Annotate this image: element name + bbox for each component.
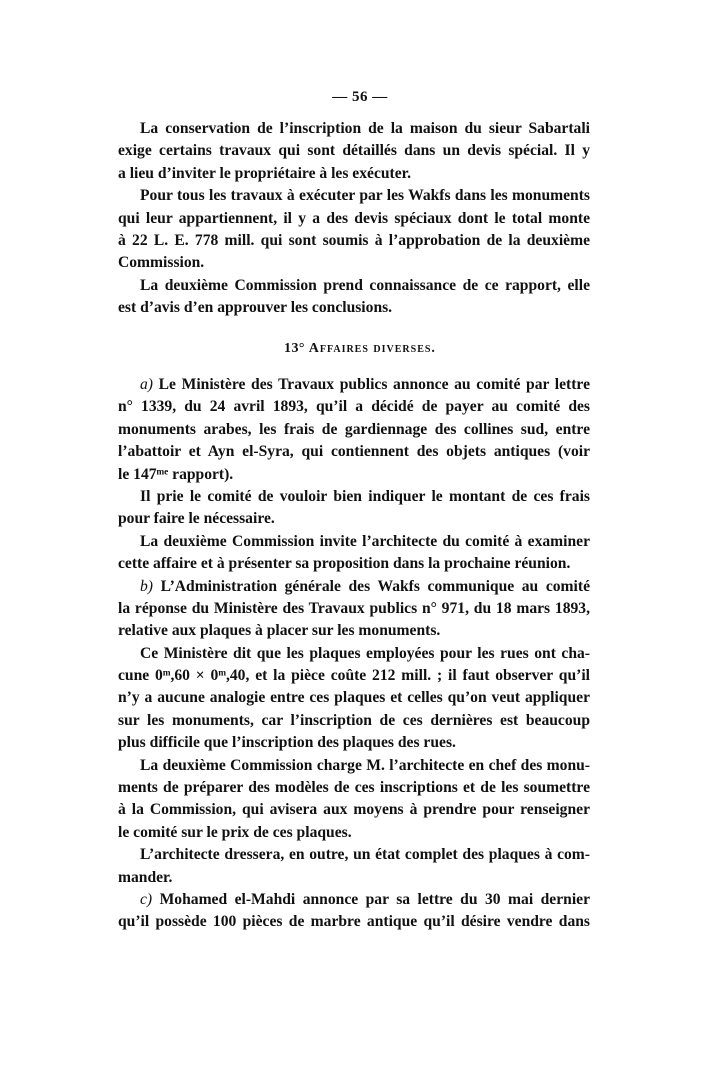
text-line: relative aux plaques à placer sur les mo… [118,620,590,642]
text-line: pour faire le nécessaire. [118,508,590,530]
text-line: exige certains travaux qui sont détaillé… [118,140,590,162]
text-line: a lieu d’inviter le propriétaire à les e… [118,163,590,185]
text-line: plus difficile que l’inscription des pla… [118,732,590,754]
text-line: le comité sur le prix de ces plaques. [118,822,590,844]
line-text: plus difficile que l’inscription des pla… [118,734,456,751]
line-text: la réponse du Ministère des Travaux publ… [118,600,590,617]
item-letter: b) [140,578,153,595]
text-line: Ce Ministère dit que les plaques employé… [118,643,590,665]
line-text: monuments arabes, les frais de gardienna… [118,421,590,438]
paragraph-block-1: La conservation de l’inscription de la m… [118,118,590,320]
text-line: la réponse du Ministère des Travaux publ… [118,598,590,620]
text-line: La deuxième Commission invite l’architec… [118,531,590,553]
line-text: mander. [118,869,172,886]
line-text: l’abattoir et Ayn el-Syra, qui contienne… [118,443,590,460]
line-text: cune 0ᵐ,60 × 0ᵐ,40, et la pièce coûte 21… [118,667,590,684]
section-heading: 13° Affaires diverses. [0,341,720,357]
line-text: sur les monuments, car l’inscription de … [118,712,590,729]
text-line: à 22 L. E. 778 mill. qui sont soumis à l… [118,230,590,252]
text-line: Commission. [118,252,590,274]
line-text: La deuxième Commission invite l’architec… [140,533,590,550]
paragraph-block-2: a) Le Ministère des Travaux publics anno… [118,374,590,934]
line-text: qu’il possède 100 pièces de marbre antiq… [118,913,590,930]
line-text: Mohamed el-Mahdi annonce par sa lettre d… [152,891,590,908]
line-text: à la Commission, qui avisera aux moyens … [118,801,590,818]
text-line: qui leur appartiennent, il y a des devis… [118,208,590,230]
text-line: La deuxième Commission charge M. l’archi… [118,755,590,777]
line-text: Le Ministère des Travaux publics annonce… [153,376,590,393]
line-text: Ce Ministère dit que les plaques employé… [140,645,590,662]
line-text: le 147ᵐᵉ rapport). [118,466,233,483]
line-text: le comité sur le prix de ces plaques. [118,824,352,841]
text-line: ments de préparer des modèles de ces ins… [118,777,590,799]
line-text: n’y a aucune analogie entre ces plaques … [118,689,590,706]
section-number: 13° [284,341,305,356]
line-text: Commission. [118,254,204,271]
text-line: qu’il possède 100 pièces de marbre antiq… [118,911,590,933]
line-text: La deuxième Commission prend connaissanc… [140,277,590,294]
line-text: relative aux plaques à placer sur les mo… [118,622,440,639]
line-text: L’architecte dressera, en outre, un état… [140,846,590,863]
text-line: La conservation de l’inscription de la m… [118,118,590,140]
line-text: qui leur appartiennent, il y a des devis… [118,210,590,227]
text-line: b) L’Administration générale des Wakfs c… [118,576,590,598]
line-text: a lieu d’inviter le propriétaire à les e… [118,165,411,182]
line-text: Il prie le comité de vouloir bien indiqu… [140,488,590,505]
line-text: ments de préparer des modèles de ces ins… [118,779,590,796]
text-line: L’architecte dressera, en outre, un état… [118,844,590,866]
line-text: exige certains travaux qui sont détaillé… [118,142,590,159]
text-line: Il prie le comité de vouloir bien indiqu… [118,486,590,508]
section-title: Affaires diverses. [309,341,436,356]
line-text: Pour tous les travaux à exécuter par les… [140,187,590,204]
text-line: monuments arabes, les frais de gardienna… [118,419,590,441]
line-text: est d’avis d’en approuver les conclusion… [118,299,392,316]
text-line: à la Commission, qui avisera aux moyens … [118,799,590,821]
text-line: mander. [118,867,590,889]
document-page: — 56 — La conservation de l’inscription … [0,0,720,1079]
text-line: le 147ᵐᵉ rapport). [118,464,590,486]
text-line: est d’avis d’en approuver les conclusion… [118,297,590,319]
item-letter: a) [140,376,153,393]
line-text: pour faire le nécessaire. [118,510,275,527]
text-line: cune 0ᵐ,60 × 0ᵐ,40, et la pièce coûte 21… [118,665,590,687]
line-text: cette affaire et à présenter sa proposit… [118,555,570,572]
text-line: n° 1339, du 24 avril 1893, qu’il a décid… [118,396,590,418]
text-line: n’y a aucune analogie entre ces plaques … [118,687,590,709]
text-line: l’abattoir et Ayn el-Syra, qui contienne… [118,441,590,463]
line-text: La deuxième Commission charge M. l’archi… [140,757,590,774]
line-text: n° 1339, du 24 avril 1893, qu’il a décid… [118,398,590,415]
text-line: a) Le Ministère des Travaux publics anno… [118,374,590,396]
item-letter: c) [140,891,152,908]
text-line: cette affaire et à présenter sa proposit… [118,553,590,575]
line-text: La conservation de l’inscription de la m… [140,120,590,137]
text-line: Pour tous les travaux à exécuter par les… [118,185,590,207]
page-number: — 56 — [0,89,720,106]
line-text: L’Administration générale des Wakfs comm… [153,578,590,595]
text-line: sur les monuments, car l’inscription de … [118,710,590,732]
text-line: La deuxième Commission prend connaissanc… [118,275,590,297]
line-text: à 22 L. E. 778 mill. qui sont soumis à l… [118,232,590,249]
text-line: c) Mohamed el-Mahdi annonce par sa lettr… [118,889,590,911]
